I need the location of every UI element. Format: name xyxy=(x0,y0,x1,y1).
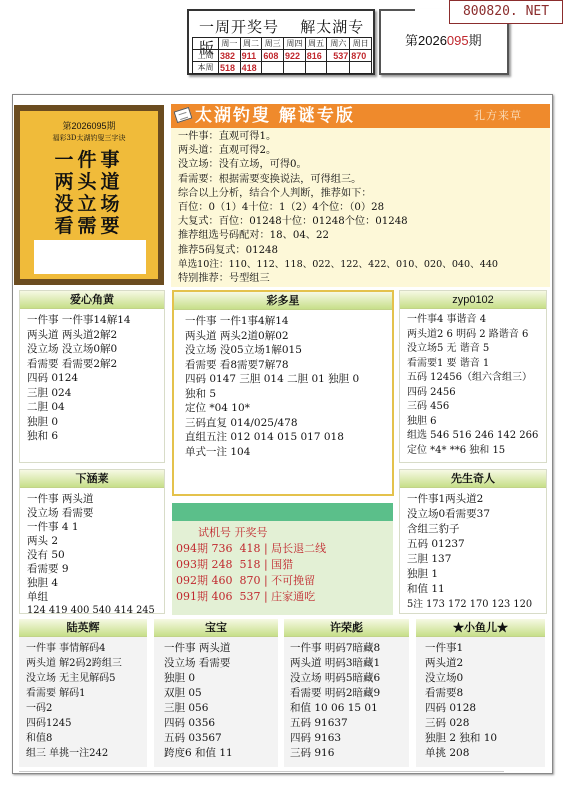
box-line: 看需要 看8需要7解78 xyxy=(185,358,392,373)
box-line: 看需要 解码1 xyxy=(26,686,147,701)
box-line: 四码 0356 xyxy=(164,716,278,731)
table-cell xyxy=(327,62,350,74)
table-row: 上周 382 911 608 922 816 537 870 xyxy=(193,50,372,62)
box-line: 五码 12456（组六含组三） xyxy=(407,371,546,386)
card-line: 一件事 xyxy=(20,149,158,171)
box-line: 看需要8 xyxy=(425,686,545,701)
card-line: 两头道 xyxy=(20,171,158,193)
riddle-panel-title: 太湖钓叟 解谜专版 xyxy=(195,106,355,126)
box-line: 看需要 明码2暗藏9 xyxy=(290,686,409,701)
box-line: 独和 6 xyxy=(27,429,164,444)
issue-prefix: 第2026 xyxy=(405,33,447,48)
table-cell: 922 xyxy=(284,50,306,62)
table-cell: 816 xyxy=(305,50,327,62)
riddle-line: 两头道：直观可得2。 xyxy=(178,144,550,158)
box-line: 三码直复 014/025/478 xyxy=(185,416,392,431)
table-cell: 608 xyxy=(262,50,284,62)
table-header-cell: 周二 xyxy=(240,38,262,50)
title-weekly-draws: 一周开奖号 xyxy=(199,19,279,36)
weekly-draw-title: 一周开奖号 解太湖专版 xyxy=(189,11,373,37)
riddle-line: 单选10注：110、112、118、022、122、422、010、020、04… xyxy=(178,258,550,272)
riddle-line: 百位：0（1）4十位：1（2）4个位：（0）28 xyxy=(178,201,550,215)
box-body: 一件事 两头道 没立场 看需要 独胆 0 双胆 05 三胆 056 四码 035… xyxy=(154,637,278,761)
box-line: 三胆 137 xyxy=(407,552,546,567)
issue-number: 095 xyxy=(447,33,469,48)
riddle-line: 综合以上分析，结合个人判断，推荐如下： xyxy=(178,187,550,201)
box-line: 跨度6 和值 11 xyxy=(164,746,278,761)
divider xyxy=(19,771,504,772)
riddle-line: 推荐5码复式：01248 xyxy=(178,244,550,258)
box-line: 两头道 两头道2解2 xyxy=(27,328,164,343)
box-line: 二胆 04 xyxy=(27,400,164,415)
row-label: 本周 xyxy=(193,62,219,74)
box-line: 124 419 400 540 414 245 xyxy=(27,604,164,618)
issue-suffix: 期 xyxy=(469,33,482,48)
box-body: 一件事 明码7暗藏8 两头道 明码3暗藏1 没立场 明码5暗藏6 看需要 明码2… xyxy=(284,637,409,761)
box-line: 四码1245 xyxy=(26,716,147,731)
riddle-panel: 太湖钓叟 解谜专版 孔方来草 一件事：直观可得1。 两头道：直观可得2。 没立场… xyxy=(171,104,550,287)
table-header-cell: 周六 xyxy=(327,38,350,50)
box-line: 没立场0 xyxy=(425,671,545,686)
riddle-panel-header: 太湖钓叟 解谜专版 孔方来草 xyxy=(171,104,550,128)
row-label: 上周 xyxy=(193,50,219,62)
card-line: 没立场 xyxy=(20,193,158,215)
test-row: 093期 248 518 | 国猎 xyxy=(176,557,393,573)
table-cell xyxy=(262,62,284,74)
riddle-line: 没立场：没有立场，可得0。 xyxy=(178,158,550,172)
box-body: 一件事1 两头道2 没立场0 看需要8 四码 0128 三码 028 独胆 2 … xyxy=(416,637,545,761)
test-row: 092期 460 870 | 不可挽留 xyxy=(176,573,393,589)
box-line: 组选 546 516 246 142 266 xyxy=(407,429,546,444)
box-line: 直组五注 012 014 015 017 018 xyxy=(185,430,392,445)
box-xurongbiao: 许荣彪 一件事 明码7暗藏8 两头道 明码3暗藏1 没立场 明码5暗藏6 看需要… xyxy=(284,619,409,767)
box-aixin: 爱心角黄 一件事 一件事14解14 两头道 两头道2解2 没立场 没立场0解0 … xyxy=(19,290,165,463)
table-cell: 870 xyxy=(350,50,372,62)
box-title: ★小鱼儿★ xyxy=(416,619,545,637)
box-line: 两头道2 xyxy=(425,656,545,671)
table-header-row: 周一 周二 周三 周四 周五 周六 周日 xyxy=(193,38,372,50)
test-row: 094期 736 418 | 局长退二线 xyxy=(176,541,393,557)
test-lines: 试机号 开奖号 094期 736 418 | 局长退二线 093期 248 51… xyxy=(172,521,393,605)
box-line: 看需要 9 xyxy=(27,562,164,576)
box-line: 5注 173 172 170 123 120 xyxy=(407,597,546,612)
riddle-lines: 一件事：直观可得1。 两头道：直观可得2。 没立场：没有立场，可得0。 看需要：… xyxy=(171,128,550,286)
book-icon xyxy=(174,107,193,123)
box-title: 彩多星 xyxy=(174,292,392,310)
box-title: zyp0102 xyxy=(400,291,546,309)
table-cell: 537 xyxy=(327,50,350,62)
riddle-line: 大复式：百位：01248十位：01248个位：01248 xyxy=(178,215,550,229)
box-line: 五码 03567 xyxy=(164,731,278,746)
box-luoyinghui: 陆英辉 一件事 事情解码4 两头道 解2码2跨组三 没立场 无主见解码5 看需要… xyxy=(19,619,147,767)
box-xiahanlai: 下涵莱 一件事 两头道 没立场 看需要 一件事 4 1 两头 2 没有 50 看… xyxy=(19,469,165,614)
box-line: 定位 *4* **6 独和 15 xyxy=(407,444,546,459)
riddle-line: 一件事：直观可得1。 xyxy=(178,130,550,144)
box-body: 一件事 两头道 没立场 看需要 一件事 4 1 两头 2 没有 50 看需要 9… xyxy=(20,488,164,618)
table-header-cell: 周三 xyxy=(262,38,284,50)
box-line: 三码 456 xyxy=(407,400,546,415)
box-line: 一码2 xyxy=(26,701,147,716)
box-line: 看需要1 要 谐音 1 xyxy=(407,357,546,372)
box-body: 一件事4 事谐音 4 两头道2 6 明码 2 路谐音 6 没立场5 无 谐音 5… xyxy=(400,309,546,458)
box-line: 单式一注 104 xyxy=(185,445,392,460)
box-title: 爱心角黄 xyxy=(20,291,164,309)
box-line: 和值 11 xyxy=(407,582,546,597)
table-cell xyxy=(284,62,306,74)
card-issue: 第2026095期 xyxy=(20,119,158,132)
table-cell: 518 xyxy=(219,62,241,74)
box-line: 一件事 两头道 xyxy=(164,641,278,656)
box-line: 两头 2 xyxy=(27,534,164,548)
box-line: 没立场 看需要 xyxy=(27,506,164,520)
box-line: 一件事 两头道 xyxy=(27,492,164,506)
box-line: 和值 10 06 15 01 xyxy=(290,701,409,716)
test-panel-bar xyxy=(172,503,393,521)
riddle-line: 推荐组选号码配对：18、04、22 xyxy=(178,229,550,243)
box-line: 四码 9163 xyxy=(290,731,409,746)
box-line: 三码 916 xyxy=(290,746,409,761)
box-title: 许荣彪 xyxy=(284,619,409,637)
box-line: 单组 xyxy=(27,590,164,604)
table-cell xyxy=(350,62,372,74)
box-zyp0102: zyp0102 一件事4 事谐音 4 两头道2 6 明码 2 路谐音 6 没立场… xyxy=(399,290,547,463)
box-line: 两头道 明码3暗藏1 xyxy=(290,656,409,671)
box-line: 独胆 2 独和 10 xyxy=(425,731,545,746)
box-title: 陆英辉 xyxy=(19,619,147,637)
box-body: 一件事 事情解码4 两头道 解2码2跨组三 没立场 无主见解码5 看需要 解码1… xyxy=(19,637,147,761)
box-line: 四码 0128 xyxy=(425,701,545,716)
box-line: 单挑 208 xyxy=(425,746,545,761)
issue-label: 第2026095期 xyxy=(405,30,482,49)
weekly-draw-table: 周一 周二 周三 周四 周五 周六 周日 上周 382 911 608 922 … xyxy=(192,37,372,74)
box-line: 独胆 0 xyxy=(27,415,164,430)
box-line: 没立场0看需要37 xyxy=(407,507,546,522)
box-line: 两头道 解2码2跨组三 xyxy=(26,656,147,671)
box-line: 含组三豹子 xyxy=(407,522,546,537)
table-header-cell: 周五 xyxy=(305,38,327,50)
box-body: 一件事 一件事14解14 两头道 两头道2解2 没立场 没立场0解0 看需要 看… xyxy=(20,309,164,444)
box-line: 五码 01237 xyxy=(407,537,546,552)
box-line: 独胆 6 xyxy=(407,415,546,430)
site-badge[interactable]: 800820. NET xyxy=(449,0,563,24)
box-line: 一件事1 xyxy=(425,641,545,656)
yellow-card: 第2026095期 福彩3D太湖钓叟三字诀 一件事 两头道 没立场 看需要 xyxy=(14,105,164,285)
box-line: 和值8 xyxy=(26,731,147,746)
box-line: 一件事1两头道2 xyxy=(407,492,546,507)
box-line: 定位 *04 10* xyxy=(185,401,392,416)
box-line: 没立场 明码5暗藏6 xyxy=(290,671,409,686)
riddle-author: 孔方来草 xyxy=(474,104,522,128)
riddle-line: 看需要：根据需要变换说法，可得组三。 xyxy=(178,173,550,187)
box-line: 没立场 没立场0解0 xyxy=(27,342,164,357)
table-cell: 911 xyxy=(240,50,262,62)
riddle-line: 特别推荐：号型组三 xyxy=(178,272,550,286)
box-line: 独和 5 xyxy=(185,387,392,402)
box-line: 五码 91637 xyxy=(290,716,409,731)
box-line: 组三 单挑一注242 xyxy=(26,746,147,761)
box-line: 一件事 事情解码4 xyxy=(26,641,147,656)
box-line: 一件事 明码7暗藏8 xyxy=(290,641,409,656)
box-line: 看需要 看需要2解2 xyxy=(27,357,164,372)
table-row: 本周 518 418 xyxy=(193,62,372,74)
box-body: 一件事1两头道2 没立场0看需要37 含组三豹子 五码 01237 三胆 137… xyxy=(400,488,546,612)
box-title: 宝宝 xyxy=(154,619,278,637)
box-line: 独胆 1 xyxy=(407,567,546,582)
box-line: 一件事 4 1 xyxy=(27,520,164,534)
box-line: 独胆 4 xyxy=(27,576,164,590)
card-subtitle: 福彩3D太湖钓叟三字诀 xyxy=(20,133,158,143)
box-line: 没有 50 xyxy=(27,548,164,562)
box-line: 四码 0124 xyxy=(27,371,164,386)
test-panel-title: 试机号 开奖号 xyxy=(176,525,393,541)
table-header-cell: 周四 xyxy=(284,38,306,50)
weekly-draw-panel: 一周开奖号 解太湖专版 周一 周二 周三 周四 周五 周六 周日 上周 382 … xyxy=(187,9,375,75)
box-xiaoyuer: ★小鱼儿★ 一件事1 两头道2 没立场0 看需要8 四码 0128 三码 028… xyxy=(416,619,545,767)
box-line: 没立场 无主见解码5 xyxy=(26,671,147,686)
box-line: 一件事 一件事14解14 xyxy=(27,313,164,328)
blank-white-area xyxy=(34,240,146,274)
box-title: 先生奇人 xyxy=(400,470,546,488)
box-caiduoxing: 彩多星 一件事 一件1事4解14 两头道 两头2道0解02 没立场 没05立场1… xyxy=(172,290,394,496)
box-line: 两头道 两头2道0解02 xyxy=(185,329,392,344)
table-cell: 382 xyxy=(219,50,241,62)
box-line: 没立场5 无 谐音 5 xyxy=(407,342,546,357)
box-line: 两头道2 6 明码 2 路谐音 6 xyxy=(407,328,546,343)
box-line: 三胆 056 xyxy=(164,701,278,716)
box-line: 四码 2456 xyxy=(407,386,546,401)
box-line: 独胆 0 xyxy=(164,671,278,686)
box-line: 三胆 024 xyxy=(27,386,164,401)
test-number-panel: 试机号 开奖号 094期 736 418 | 局长退二线 093期 248 51… xyxy=(172,503,393,615)
table-header-cell: 周一 xyxy=(219,38,241,50)
test-row: 091期 406 537 | 庄家通吃 xyxy=(176,589,393,605)
box-line: 三码 028 xyxy=(425,716,545,731)
card-line: 看需要 xyxy=(20,215,158,237)
box-line: 四码 0147 三胆 014 二胆 01 独胆 0 xyxy=(185,372,392,387)
box-body: 一件事 一件1事4解14 两头道 两头2道0解02 没立场 没05立场1解015… xyxy=(174,310,392,459)
box-title: 下涵莱 xyxy=(20,470,164,488)
box-line: 双胆 05 xyxy=(164,686,278,701)
box-xianshengqiren: 先生奇人 一件事1两头道2 没立场0看需要37 含组三豹子 五码 01237 三… xyxy=(399,469,547,614)
box-line: 一件事4 事谐音 4 xyxy=(407,313,546,328)
box-line: 没立场 看需要 xyxy=(164,656,278,671)
table-header-cell: 周日 xyxy=(350,38,372,50)
box-line: 没立场 没05立场1解015 xyxy=(185,343,392,358)
box-baobao: 宝宝 一件事 两头道 没立场 看需要 独胆 0 双胆 05 三胆 056 四码 … xyxy=(154,619,278,767)
table-cell: 418 xyxy=(240,62,262,74)
table-cell xyxy=(305,62,327,74)
table-header-cell xyxy=(193,38,219,50)
box-line: 一件事 一件1事4解14 xyxy=(185,314,392,329)
